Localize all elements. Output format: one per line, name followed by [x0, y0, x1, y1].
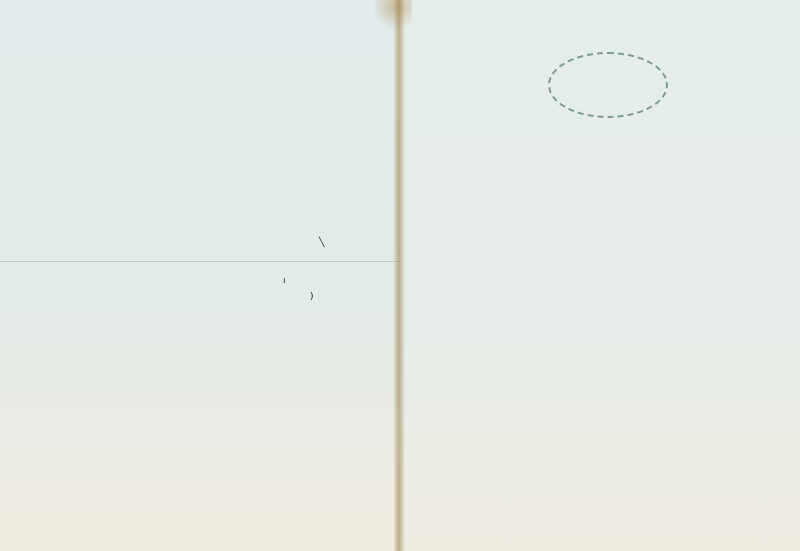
age-stain: [372, 0, 412, 30]
ink-mark: ): [310, 292, 314, 302]
left-page-blank: [0, 0, 396, 551]
ink-mark: ╲: [319, 238, 324, 248]
fold-crease: [0, 261, 400, 262]
page-spine: [394, 0, 404, 551]
scanned-document: ╲ ı ): [0, 0, 800, 551]
ink-mark: ı: [283, 276, 286, 286]
entrada-stamp: [548, 52, 668, 118]
